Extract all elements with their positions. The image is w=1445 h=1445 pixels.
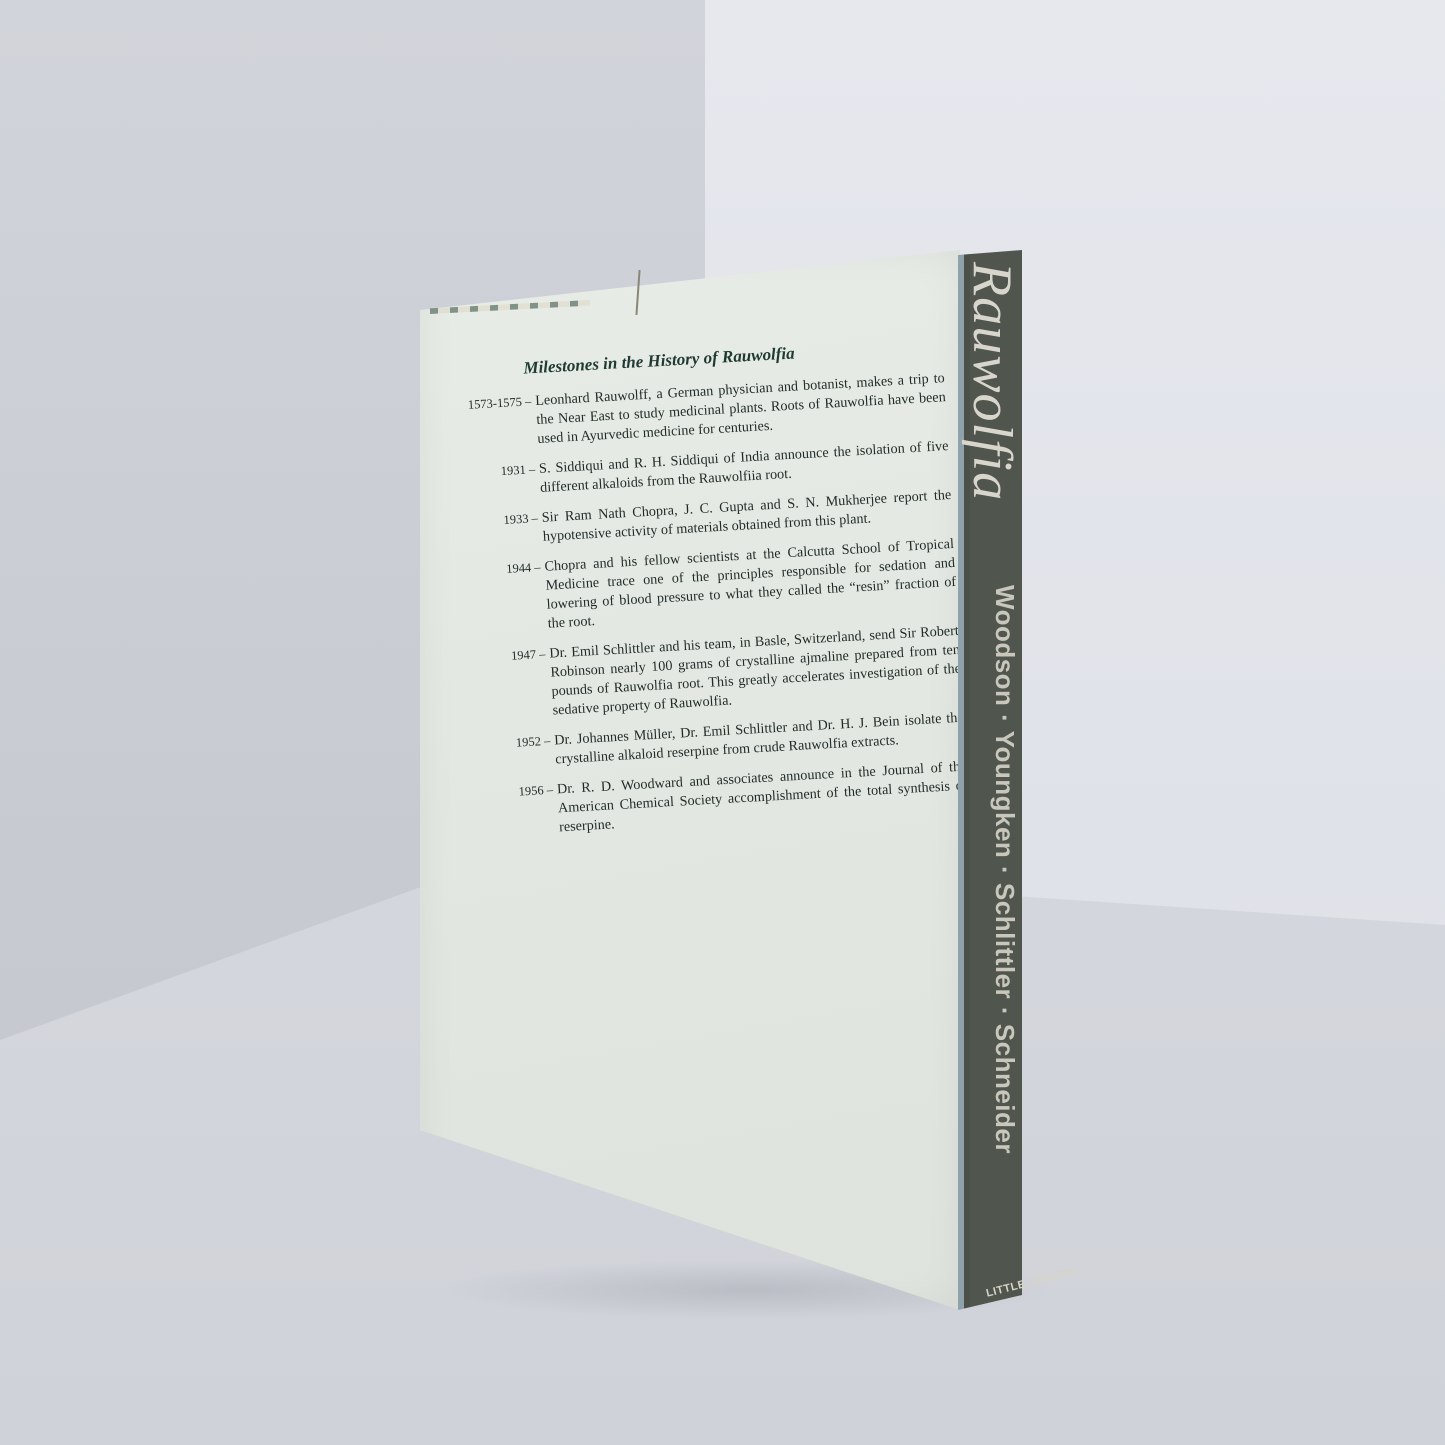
milestone-item: 1956 – Dr. R. D. Woodward and associates…	[487, 758, 969, 842]
milestone-year: 1573-1575 –	[453, 392, 538, 453]
milestone-year: 1931 –	[469, 460, 541, 502]
milestone-text: Dr. R. D. Woodward and associates announ…	[557, 758, 970, 838]
milestone-text: Dr. Emil Schlittler and his team, in Bas…	[549, 622, 963, 721]
spine-title: Rauwolfia	[960, 262, 1024, 501]
milestone-year: 1952 –	[484, 732, 556, 774]
milestone-year: 1944 –	[474, 558, 548, 638]
milestone-year: 1933 –	[471, 509, 543, 551]
milestone-year: 1947 –	[479, 645, 553, 725]
photo-scene: Milestones in the History of Rauwolfia 1…	[0, 0, 1445, 1445]
spine-authors: Woodson · Youngken · Schlittler · Schnei…	[989, 585, 1020, 1154]
milestone-text: Leonhard Rauwolff, a German physician an…	[535, 369, 948, 449]
milestone-item: 1947 – Dr. Emil Schlittler and his team,…	[479, 622, 962, 725]
milestone-year: 1956 –	[487, 780, 560, 841]
milestone-item: 1944 – Chopra and his fellow scientists …	[474, 535, 957, 638]
milestones-text-block: Milestones in the History of Rauwolfia 1…	[463, 335, 970, 852]
milestone-text: Chopra and his fellow scientists at the …	[544, 535, 958, 634]
